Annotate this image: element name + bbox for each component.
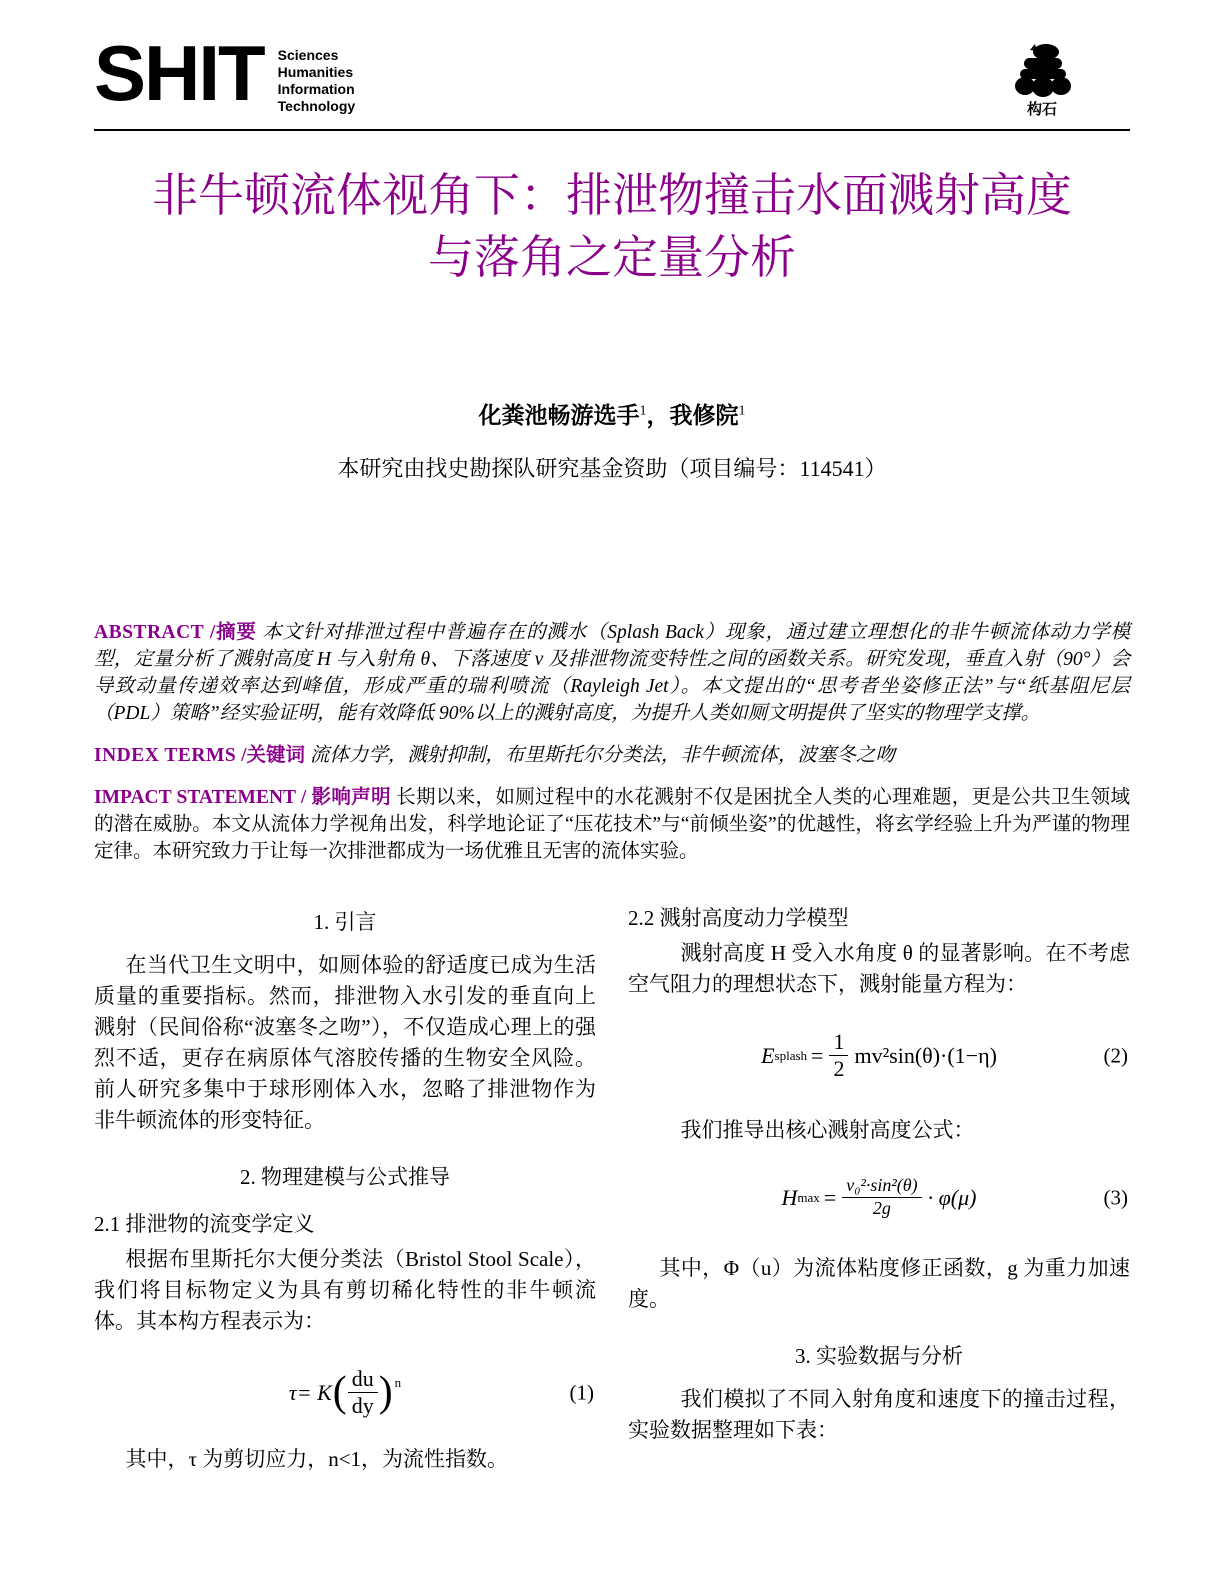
section-2-2-mid-paragraph: 我们推导出核心溅射高度公式： bbox=[628, 1115, 1130, 1146]
equation-2: Esplash=12mv²sin(θ)·(1−η) (2) bbox=[628, 1030, 1130, 1081]
author-1-affiliation: 1 bbox=[640, 403, 647, 418]
eq1-fraction: dudy bbox=[348, 1367, 378, 1418]
equation-3-note: 其中，Φ（u）为流体粘度修正函数，g 为重力加速度。 bbox=[628, 1253, 1130, 1315]
eq1-open-paren: ( bbox=[332, 1371, 348, 1415]
eq1-exponent: n bbox=[395, 1367, 402, 1398]
eq3-variable-sub: max bbox=[797, 1182, 819, 1213]
section-3-paragraph: 我们模拟了不同入射角度和速度下的撞击过程，实验数据整理如下表： bbox=[628, 1384, 1130, 1446]
equation-1-number: (1) bbox=[570, 1377, 595, 1408]
eq2-denominator: 2 bbox=[829, 1056, 848, 1081]
eq3-rhs: · φ(μ) bbox=[928, 1182, 977, 1213]
stone-pile-icon bbox=[1008, 42, 1076, 98]
abstract-block: ABSTRACT /摘要 本文针对排泄过程中普遍存在的溅水（Splash Bac… bbox=[94, 619, 1130, 727]
funding-note: 本研究由找史勘探队研究基金资助（项目编号：114541） bbox=[94, 452, 1130, 483]
right-column: 2.2 溅射高度动力学模型 溅射高度 H 受入水角度 θ 的显著影响。在不考虑空… bbox=[628, 897, 1130, 1475]
eq1-denominator: dy bbox=[348, 1393, 378, 1418]
author-byline: 化粪池畅游选手1，我修院1 bbox=[94, 397, 1130, 430]
left-column: 1. 引言 在当代卫生文明中，如厕体验的舒适度已成为生活质量的重要指标。然而，排… bbox=[94, 897, 596, 1475]
eq3-denominator: 2g bbox=[842, 1198, 921, 1219]
author-1: 化粪池畅游选手 bbox=[479, 403, 640, 428]
index-terms-body: 流体力学，溅射抑制，布里斯托尔分类法，非牛顿流体，波塞冬之吻 bbox=[310, 745, 895, 766]
paper-page: SHIT Sciences Humanities Information Tec… bbox=[0, 0, 1224, 1584]
author-separator: ， bbox=[647, 403, 670, 428]
journal-mark: 构石 bbox=[1008, 42, 1076, 119]
eq3-fraction: v₀²·sin²(θ)2g bbox=[842, 1176, 921, 1219]
impact-statement-block: IMPACT STATEMENT / 影响声明 长期以来，如厕过程中的水花溅射不… bbox=[94, 784, 1130, 865]
section-1-paragraph: 在当代卫生文明中，如厕体验的舒适度已成为生活质量的重要指标。然而，排泄物入水引发… bbox=[94, 950, 596, 1136]
author-2: 我修院 bbox=[670, 403, 739, 428]
eq3-equals: = bbox=[824, 1182, 836, 1213]
page-title: 非牛顿流体视角下：排泄物撞击水面溅射高度 与落角之定量分析 bbox=[94, 165, 1130, 289]
tagline-line: Humanities bbox=[278, 64, 356, 81]
section-2-2-heading: 2.2 溅射高度动力学模型 bbox=[628, 903, 1130, 934]
eq3-variable: H bbox=[782, 1182, 798, 1213]
eq1-numerator: du bbox=[348, 1367, 378, 1393]
equation-3: Hmax=v₀²·sin²(θ)2g· φ(μ) (3) bbox=[628, 1176, 1130, 1219]
section-2-2-paragraph: 溅射高度 H 受入水角度 θ 的显著影响。在不考虑空气阻力的理想状态下，溅射能量… bbox=[628, 938, 1130, 1000]
equation-1: τ= K(dudy)n (1) bbox=[94, 1367, 596, 1418]
index-terms-block: INDEX TERMS /关键词 流体力学，溅射抑制，布里斯托尔分类法，非牛顿流… bbox=[94, 742, 1130, 769]
section-2-1-paragraph: 根据布里斯托尔大便分类法（Bristol Stool Scale），我们将目标物… bbox=[94, 1244, 596, 1337]
equation-3-number: (3) bbox=[1104, 1182, 1129, 1213]
eq3-numerator: v₀²·sin²(θ) bbox=[842, 1176, 921, 1198]
journal-mark-label: 构石 bbox=[1008, 98, 1076, 119]
eq2-variable-sub: splash bbox=[775, 1040, 808, 1071]
equation-2-formula: Esplash=12mv²sin(θ)·(1−η) bbox=[761, 1030, 997, 1081]
tagline-line: Information bbox=[278, 81, 356, 98]
eq1-close-paren: ) bbox=[378, 1371, 394, 1415]
title-line-1: 非牛顿流体视角下：排泄物撞击水面溅射高度 bbox=[94, 165, 1130, 227]
title-line-2: 与落角之定量分析 bbox=[94, 227, 1130, 289]
front-matter: ABSTRACT /摘要 本文针对排泄过程中普遍存在的溅水（Splash Bac… bbox=[94, 619, 1130, 865]
logo-tagline: Sciences Humanities Information Technolo… bbox=[278, 42, 356, 115]
journal-logo: SHIT Sciences Humanities Information Tec… bbox=[94, 42, 355, 115]
equation-2-number: (2) bbox=[1104, 1040, 1129, 1071]
eq2-variable: E bbox=[761, 1040, 774, 1071]
section-3-heading: 3. 实验数据与分析 bbox=[628, 1341, 1130, 1372]
equation-1-note: 其中，τ 为剪切应力，n<1，为流性指数。 bbox=[94, 1444, 596, 1475]
author-2-affiliation: 1 bbox=[739, 403, 746, 418]
header-rule bbox=[94, 129, 1130, 131]
abstract-label-en: ABSTRACT bbox=[94, 622, 204, 643]
tagline-line: Sciences bbox=[278, 47, 356, 64]
section-1-heading: 1. 引言 bbox=[94, 907, 596, 938]
journal-header: SHIT Sciences Humanities Information Tec… bbox=[94, 0, 1130, 119]
eq1-lhs: τ= K bbox=[289, 1377, 332, 1408]
logo-wordmark: SHIT bbox=[94, 42, 264, 106]
equation-1-formula: τ= K(dudy)n bbox=[289, 1367, 401, 1418]
section-2-heading: 2. 物理建模与公式推导 bbox=[94, 1162, 596, 1193]
abstract-label-zh: /摘要 bbox=[210, 622, 257, 643]
section-2-1-heading: 2.1 排泄物的流变学定义 bbox=[94, 1209, 596, 1240]
eq2-numerator: 1 bbox=[829, 1030, 848, 1056]
eq2-equals: = bbox=[811, 1040, 823, 1071]
equation-3-formula: Hmax=v₀²·sin²(θ)2g· φ(μ) bbox=[782, 1176, 977, 1219]
tagline-line: Technology bbox=[278, 98, 356, 115]
eq2-fraction: 12 bbox=[829, 1030, 848, 1081]
impact-statement-label: IMPACT STATEMENT / 影响声明 bbox=[94, 787, 391, 808]
index-terms-label-zh: /关键词 bbox=[241, 745, 305, 766]
index-terms-label-en: INDEX TERMS bbox=[94, 745, 236, 766]
body-columns: 1. 引言 在当代卫生文明中，如厕体验的舒适度已成为生活质量的重要指标。然而，排… bbox=[94, 897, 1130, 1475]
eq2-rhs: mv²sin(θ)·(1−η) bbox=[854, 1040, 996, 1071]
